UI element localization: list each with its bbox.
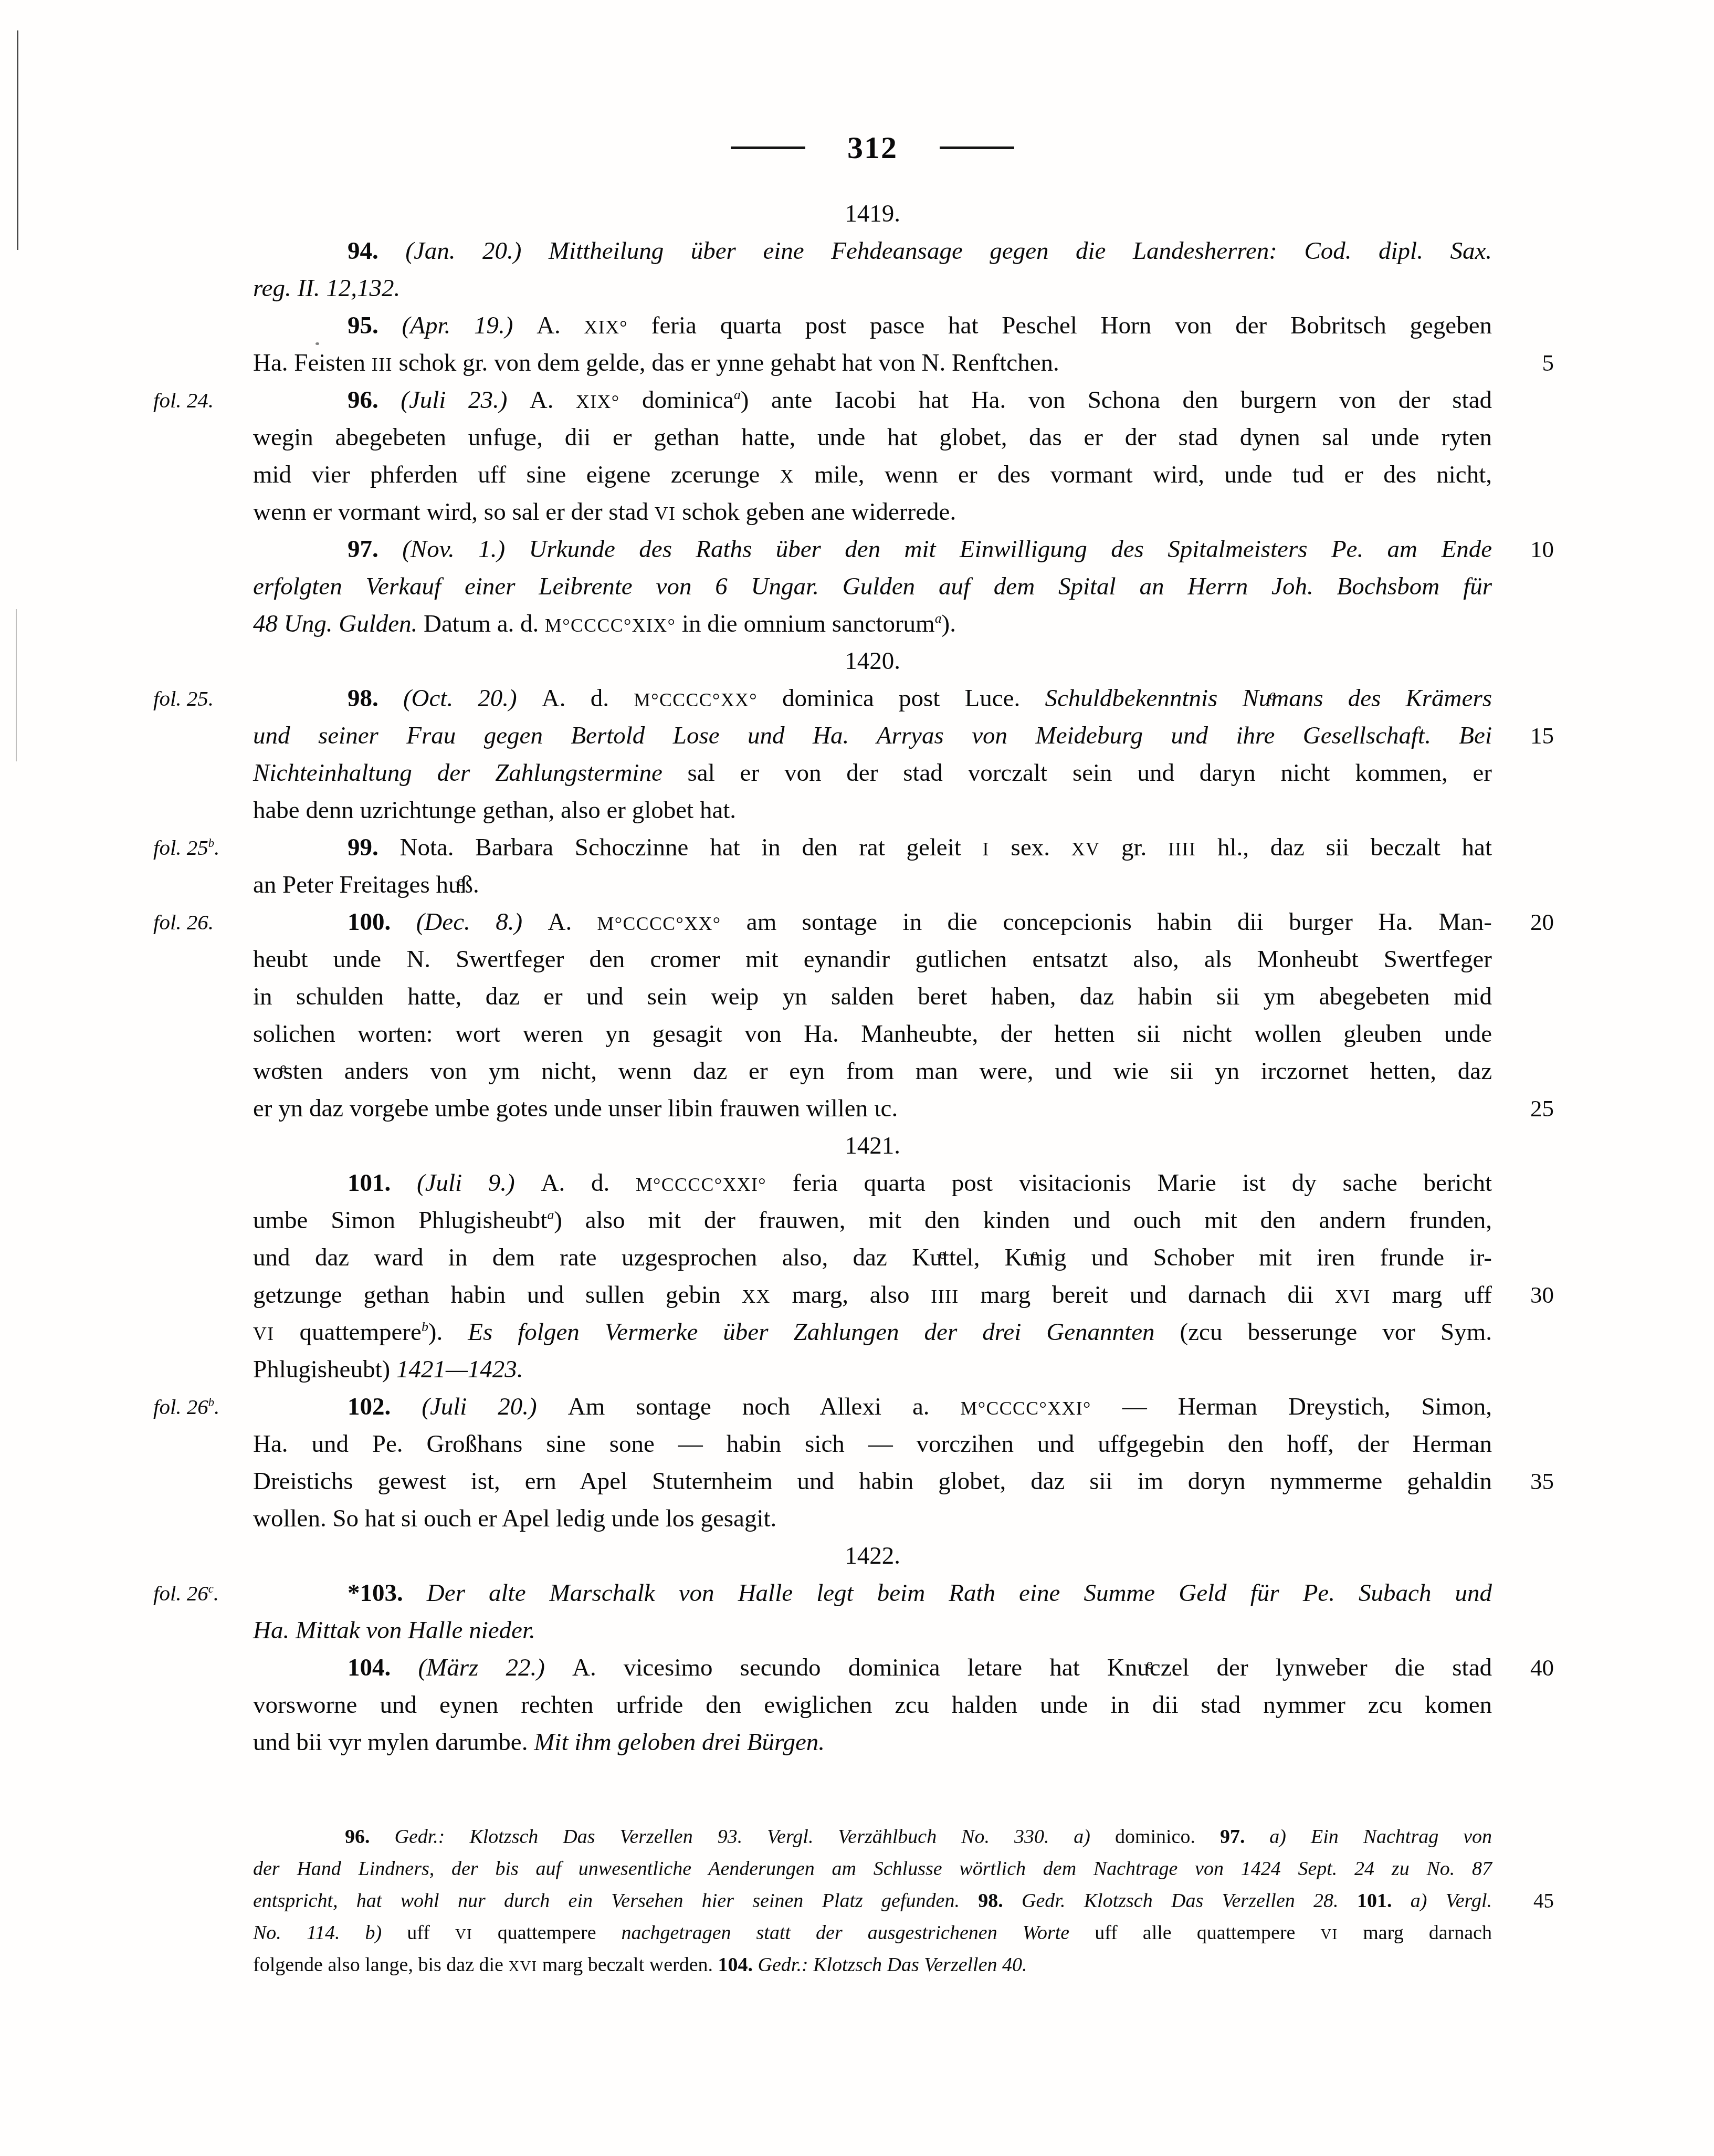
text-segment: *103. [348, 1579, 427, 1607]
text-segment: ) ante Iacobi hat Ha. von Schona den bur… [741, 386, 1492, 414]
text-line: heubt unde N. Swertfeger den cromer mit … [253, 941, 1492, 978]
text-segment: 104. [718, 1954, 758, 1976]
text-segment: gr. [1100, 834, 1168, 861]
text-segment: Gedr.: Klotzsch Das Verzellen 40. [758, 1954, 1027, 1976]
text-segment: a) Ein Nachtrag von [1269, 1826, 1492, 1848]
entry-102: fol. 26b.102. (Juli 20.) Am sontage noch… [253, 1388, 1492, 1426]
text-segment: XIX° [584, 317, 628, 338]
text-segment: fol. 24. [153, 388, 214, 412]
text-segment: 97. [348, 536, 402, 563]
text-line: VI quattempereb). Es folgen Vermerke übe… [253, 1314, 1492, 1351]
footnote-line: No. 114. b) uff VI quattempere nachgetra… [253, 1917, 1492, 1949]
text-segment: Gedr. Klotzsch Das Verzellen 28. [1022, 1890, 1357, 1912]
line-number: 20 [1506, 904, 1554, 941]
text-segment: woͤsten anders von ym nicht, wenn daz er… [253, 1058, 1492, 1085]
year-heading: 1419. [253, 195, 1492, 233]
text-line: Dreistichs gewest ist, ern Apel Stuternh… [253, 1463, 1492, 1500]
year-heading: 1421. [253, 1127, 1492, 1165]
text-segment: (zcu besserunge vor Sym. [1180, 1318, 1492, 1346]
text-segment: IIII [931, 1286, 959, 1307]
text-segment: uff alle quattempere [1095, 1922, 1320, 1944]
text-segment: Ha. Mittak von Halle nieder. [253, 1617, 535, 1644]
text-line: Ha. und Pe. Großhans sine sone — habin s… [253, 1426, 1492, 1463]
footnote-line: der Hand Lindners, der bis auf unwesentl… [253, 1853, 1492, 1885]
text-segment: Datum a. d. [417, 610, 545, 637]
text-segment: solichen worten: wort weren yn gesagit v… [253, 1020, 1492, 1048]
folio-margin-note: fol. 26. [153, 904, 250, 941]
text-segment: a) Vergl. [1411, 1890, 1492, 1912]
text-segment: folgende also lange, bis daz die [253, 1954, 508, 1976]
text-segment: 48 Ung. Gulden. [253, 610, 417, 637]
text-segment: M°CCCC°XIX° [545, 615, 676, 636]
text-segment: feria quarta post pasce hat Peschel Horn… [628, 312, 1492, 339]
text-line: Nichteinhaltung der Zahlungstermine sal … [253, 755, 1492, 792]
text-segment: I [983, 839, 990, 860]
text-segment: wenn er vormant wird, so sal er der stad [253, 498, 655, 526]
line-number: 25 [1506, 1090, 1554, 1127]
text-segment: habe denn uzrichtunge gethan, also er gl… [253, 797, 736, 824]
text-segment: (Apr. 19.) [402, 312, 537, 339]
text-segment: Mittheilung über eine Fehdeansage gegen … [549, 237, 1492, 265]
entry-98: fol. 25.98. (Oct. 20.) A. d. M°CCCC°XX° … [253, 680, 1492, 717]
book-page-scan: 312 1419.94. (Jan. 20.) Mittheilung über… [0, 0, 1714, 2156]
footnote-line: 96. Gedr.: Klotzsch Das Verzellen 93. Ve… [253, 1821, 1492, 1853]
folio-margin-note: fol. 25. [153, 680, 250, 717]
text-segment: feria quarta post visitacionis Marie ist… [766, 1169, 1492, 1197]
text-line: Phlugisheubt) 1421—1423. [253, 1351, 1492, 1388]
text-segment: XV [1071, 839, 1100, 860]
text-segment: ). [942, 610, 956, 637]
text-segment: in schulden hatte, daz er und sein weip … [253, 983, 1492, 1010]
folio-margin-note: fol. 26b. [153, 1388, 250, 1426]
text-line: habe denn uzrichtunge gethan, also er gl… [253, 792, 1492, 829]
text-block: 1419.94. (Jan. 20.) Mittheilung über ein… [253, 195, 1492, 1761]
text-segment: Urkunde des Raths über den mit Einwillig… [529, 536, 1492, 563]
text-segment: No. 114. b) [253, 1922, 407, 1944]
text-segment: XVI [508, 1958, 537, 1975]
text-segment: (März 22.) [418, 1654, 572, 1681]
text-segment: 97. [1220, 1826, 1269, 1848]
text-segment: M°CCCC°XXI° [636, 1174, 766, 1195]
text-segment: — Herman Dreystich, Simon, [1091, 1393, 1492, 1420]
text-segment: quattempere [275, 1318, 422, 1346]
footnote-marker: b [208, 836, 214, 850]
text-segment: A. d. [542, 685, 634, 712]
text-segment: (Juli 20.) [422, 1393, 568, 1420]
text-segment: fol. 26 [153, 1581, 208, 1605]
text-line: und bii vyr mylen darumbe. Mit ihm gelob… [253, 1724, 1492, 1761]
text-segment: an Peter Freitages huͤß. [253, 871, 479, 898]
text-segment: VI [655, 503, 676, 524]
text-segment: . [214, 835, 219, 860]
entry-101: 101. (Juli 9.) A. d. M°CCCC°XXI° feria q… [253, 1165, 1492, 1202]
line-number: 10 [1506, 531, 1554, 568]
text-segment: 1422. [845, 1542, 900, 1569]
text-segment: XVI [1335, 1286, 1371, 1307]
text-line: woͤsten anders von ym nicht, wenn daz er… [253, 1053, 1492, 1090]
text-segment: erfolgten Verkauf einer Leibrente von 6 … [253, 573, 1492, 600]
text-line: Ha. Mittak von Halle nieder. [253, 1612, 1492, 1649]
text-segment: dominica [620, 386, 734, 414]
text-line: mid vier phferden uff sine eigene zcerun… [253, 456, 1492, 494]
text-segment: mid vier phferden uff sine eigene zcerun… [253, 461, 780, 488]
folio-margin-note: fol. 24. [153, 382, 250, 419]
text-segment: A. [537, 312, 584, 339]
text-segment: sal er von der stad vorczalt sein und da… [688, 759, 1492, 787]
text-segment: getzunge gethan habin und sullen gebin [253, 1281, 742, 1309]
text-line: und seiner Frau gegen Bertold Lose und H… [253, 717, 1492, 755]
text-segment: nachgetragen statt der ausgestrichenen W… [622, 1922, 1095, 1944]
text-segment: A. vicesimo secundo dominica letare hat … [572, 1654, 1492, 1681]
text-line: in schulden hatte, daz er und sein weip … [253, 978, 1492, 1016]
text-segment: 1420. [845, 647, 900, 675]
text-line: erfolgten Verkauf einer Leibrente von 6 … [253, 568, 1492, 605]
text-segment: (Nov. 1.) [402, 536, 529, 563]
text-line: er yn daz vorgebe umbe gotes unde unser … [253, 1090, 1492, 1127]
year-heading: 1420. [253, 643, 1492, 680]
text-segment: 1421—1423. [396, 1356, 523, 1383]
text-segment: 96. [345, 1826, 394, 1848]
footnote-marker: c [208, 1582, 214, 1595]
text-segment: entspricht, hat wohl nur durch ein Verse… [253, 1890, 978, 1912]
text-segment: 95. [348, 312, 402, 339]
text-line: reg. II. 12,132. [253, 270, 1492, 307]
text-segment: 1419. [845, 200, 900, 227]
text-segment: sex. [990, 834, 1071, 861]
text-segment: wollen. So hat si ouch er Apel ledig und… [253, 1505, 776, 1532]
text-segment: (Oct. 20.) [403, 685, 542, 712]
text-segment: fol. 25. [153, 686, 214, 710]
text-line: getzunge gethan habin und sullen gebin X… [253, 1276, 1492, 1314]
text-segment: reg. II. 12,132. [253, 275, 400, 302]
text-line: vorsworne und eynen rechten urfride den … [253, 1687, 1492, 1724]
text-segment: 98. [978, 1890, 1022, 1912]
entry-96: fol. 24.96. (Juli 23.) A. XIX° dominicaa… [253, 382, 1492, 419]
text-segment: Gedr.: Klotzsch Das Verzellen 93. Vergl.… [394, 1826, 1114, 1848]
text-segment: marg, also [771, 1281, 931, 1309]
text-segment: dominica post Luce. [758, 685, 1045, 712]
text-line: 48 Ung. Gulden. Datum a. d. M°CCCC°XIX° … [253, 605, 1492, 643]
year-heading: 1422. [253, 1537, 1492, 1575]
text-segment: (Juli 9.) [417, 1169, 541, 1197]
text-line: wollen. So hat si ouch er Apel ledig und… [253, 1500, 1492, 1537]
text-line: wegin abegebeten unfuge, dii er gethan h… [253, 419, 1492, 456]
scan-artifact-line [16, 609, 17, 761]
text-segment: am sontage in die concepcionis habin dii… [721, 908, 1492, 936]
text-segment: ) also mit der frauwen, mit den kinden u… [554, 1207, 1492, 1234]
text-segment: schok gr. von dem gelde, das er ynne geh… [393, 349, 1059, 376]
text-segment: IIII [1168, 839, 1196, 860]
text-segment: in die omnium sanctorum [676, 610, 934, 637]
text-segment: 100. [348, 908, 416, 936]
text-segment: 99. [348, 834, 399, 861]
text-segment: A. d. [541, 1169, 635, 1197]
text-segment: marg beczalt werden. [537, 1954, 718, 1976]
text-segment: VI [253, 1323, 275, 1344]
text-segment: vorsworne und eynen rechten urfride den … [253, 1691, 1492, 1719]
footnote-marker: b [422, 1319, 428, 1334]
folio-margin-note: fol. 26c. [153, 1575, 250, 1612]
text-segment: XX [742, 1286, 770, 1307]
text-segment: Am sontage noch Allexi a. [568, 1393, 961, 1420]
text-segment: 94. [348, 237, 405, 265]
text-segment: marg uff [1371, 1281, 1492, 1309]
text-segment: Es folgen Vermerke über Zahlungen der dr… [468, 1318, 1180, 1346]
footnote-marker: a [935, 611, 942, 626]
text-segment: A. [548, 908, 597, 936]
page-header: 312 [253, 130, 1492, 165]
text-segment: fol. 26. [153, 910, 214, 934]
footnote-line: entspricht, hat wohl nur durch ein Verse… [253, 1885, 1492, 1917]
text-segment: schok geben ane widerrede. [676, 498, 956, 526]
text-segment: fol. 25 [153, 835, 208, 860]
scan-artifact-line [17, 30, 18, 250]
text-segment: Nota. Barbara Schoczinne hat in den rat … [399, 834, 982, 861]
text-segment: Schuldbekenntnis Nuͤmans des Krämers [1045, 685, 1492, 712]
text-segment: A. [530, 386, 576, 414]
text-segment: . [214, 1395, 219, 1419]
line-number: 35 [1506, 1463, 1554, 1500]
line-number: 15 [1506, 717, 1554, 755]
text-segment: marg darnach [1338, 1922, 1492, 1944]
entry-104: 104. (März 22.) A. vicesimo secundo domi… [253, 1649, 1492, 1687]
text-segment: Phlugisheubt) [253, 1356, 396, 1383]
text-segment: heubt unde N. Swertfeger den cromer mit … [253, 946, 1492, 973]
text-segment: 98. [348, 685, 403, 712]
footnote-marker: a [734, 387, 741, 402]
text-segment: dominico. [1115, 1826, 1220, 1848]
entry-97: 97. (Nov. 1.) Urkunde des Raths über den… [253, 531, 1492, 568]
entry-99: fol. 25b.99. Nota. Barbara Schoczinne ha… [253, 829, 1492, 866]
text-segment: 96. [348, 386, 401, 414]
text-line: solichen worten: wort weren yn gesagit v… [253, 1016, 1492, 1053]
text-segment: und daz ward in dem rate uzgesprochen al… [253, 1244, 1492, 1271]
text-line: wenn er vormant wird, so sal er der stad… [253, 494, 1492, 531]
text-segment: Ha. und Pe. Großhans sine sone — habin s… [253, 1430, 1492, 1458]
footnote-line: folgende also lange, bis daz die XVI mar… [253, 1949, 1492, 1981]
text-segment: M°CCCC°XX° [634, 689, 758, 710]
text-segment: umbe Simon Phlugisheubt [253, 1207, 547, 1234]
text-segment: M°CCCC°XX° [597, 913, 721, 934]
text-segment: quattempere [472, 1922, 622, 1944]
text-segment: marg bereit und darnach dii [959, 1281, 1335, 1309]
text-segment: ). [428, 1318, 468, 1346]
line-number: 40 [1506, 1649, 1554, 1687]
text-segment: Mit ihm geloben drei Bürgen. [534, 1729, 825, 1756]
text-segment: 101. [1357, 1890, 1411, 1912]
text-segment: Nichteinhaltung der Zahlungstermine [253, 759, 688, 787]
text-segment: VI [1320, 1926, 1338, 1943]
header-rule-right [940, 146, 1014, 149]
page-number: 312 [847, 130, 898, 166]
line-number: 30 [1506, 1276, 1554, 1314]
text-segment: und bii vyr mylen darumbe. [253, 1729, 534, 1756]
text-segment: uff [407, 1922, 455, 1944]
text-segment: X [780, 466, 794, 487]
folio-margin-note: fol. 25b. [153, 829, 250, 866]
text-line: und daz ward in dem rate uzgesprochen al… [253, 1239, 1492, 1276]
line-number: 5 [1506, 344, 1554, 382]
entry-103: fol. 26c.*103. Der alte Marschalk von Ha… [253, 1575, 1492, 1612]
text-segment: (Jan. 20.) [405, 237, 549, 265]
text-segment: 104. [348, 1654, 418, 1681]
text-segment: wegin abegebeten unfuge, dii er gethan h… [253, 424, 1492, 451]
text-segment: 102. [348, 1393, 422, 1420]
text-segment: 1421. [845, 1132, 900, 1159]
text-segment: er yn daz vorgebe umbe gotes unde unser … [253, 1095, 898, 1122]
text-segment: XIX° [576, 391, 619, 412]
text-segment: Ha. Feisten [253, 349, 372, 376]
entry-100: fol. 26.100. (Dec. 8.) A. M°CCCC°XX° am … [253, 904, 1492, 941]
text-segment: und seiner Frau gegen Bertold Lose und H… [253, 722, 1492, 749]
text-segment: Dreistichs gewest ist, ern Apel Stuternh… [253, 1468, 1492, 1495]
footnote-marker: a [547, 1207, 554, 1222]
entry-94: 94. (Jan. 20.) Mittheilung über eine Feh… [253, 233, 1492, 270]
text-segment: der Hand Lindners, der bis auf unwesentl… [253, 1858, 1492, 1880]
text-line: Ha. Feisten III schok gr. von dem gelde,… [253, 344, 1492, 382]
entry-95: 95. (Apr. 19.) A. XIX° feria quarta post… [253, 307, 1492, 344]
text-segment: VI [455, 1926, 472, 1943]
text-segment: III [372, 354, 393, 375]
text-segment: . [214, 1581, 219, 1605]
text-segment: M°CCCC°XXI° [961, 1398, 1091, 1419]
footnotes-block: 96. Gedr.: Klotzsch Das Verzellen 93. Ve… [253, 1821, 1492, 1981]
text-segment: (Dec. 8.) [416, 908, 548, 936]
text-segment: mile, wenn er des vormant wird, unde tud… [794, 461, 1492, 488]
text-segment: Der alte Marschalk von Halle legt beim R… [427, 1579, 1492, 1607]
text-segment: hl., daz sii beczalt hat [1196, 834, 1492, 861]
header-rule-left [731, 146, 805, 149]
text-segment: 101. [348, 1169, 417, 1197]
text-line: an Peter Freitages huͤß. [253, 866, 1492, 904]
line-number: 45 [1506, 1885, 1554, 1917]
text-line: umbe Simon Phlugisheubta) also mit der f… [253, 1202, 1492, 1239]
text-segment: fol. 26 [153, 1395, 208, 1419]
text-segment: (Juli 23.) [401, 386, 530, 414]
footnote-marker: b [208, 1396, 214, 1409]
